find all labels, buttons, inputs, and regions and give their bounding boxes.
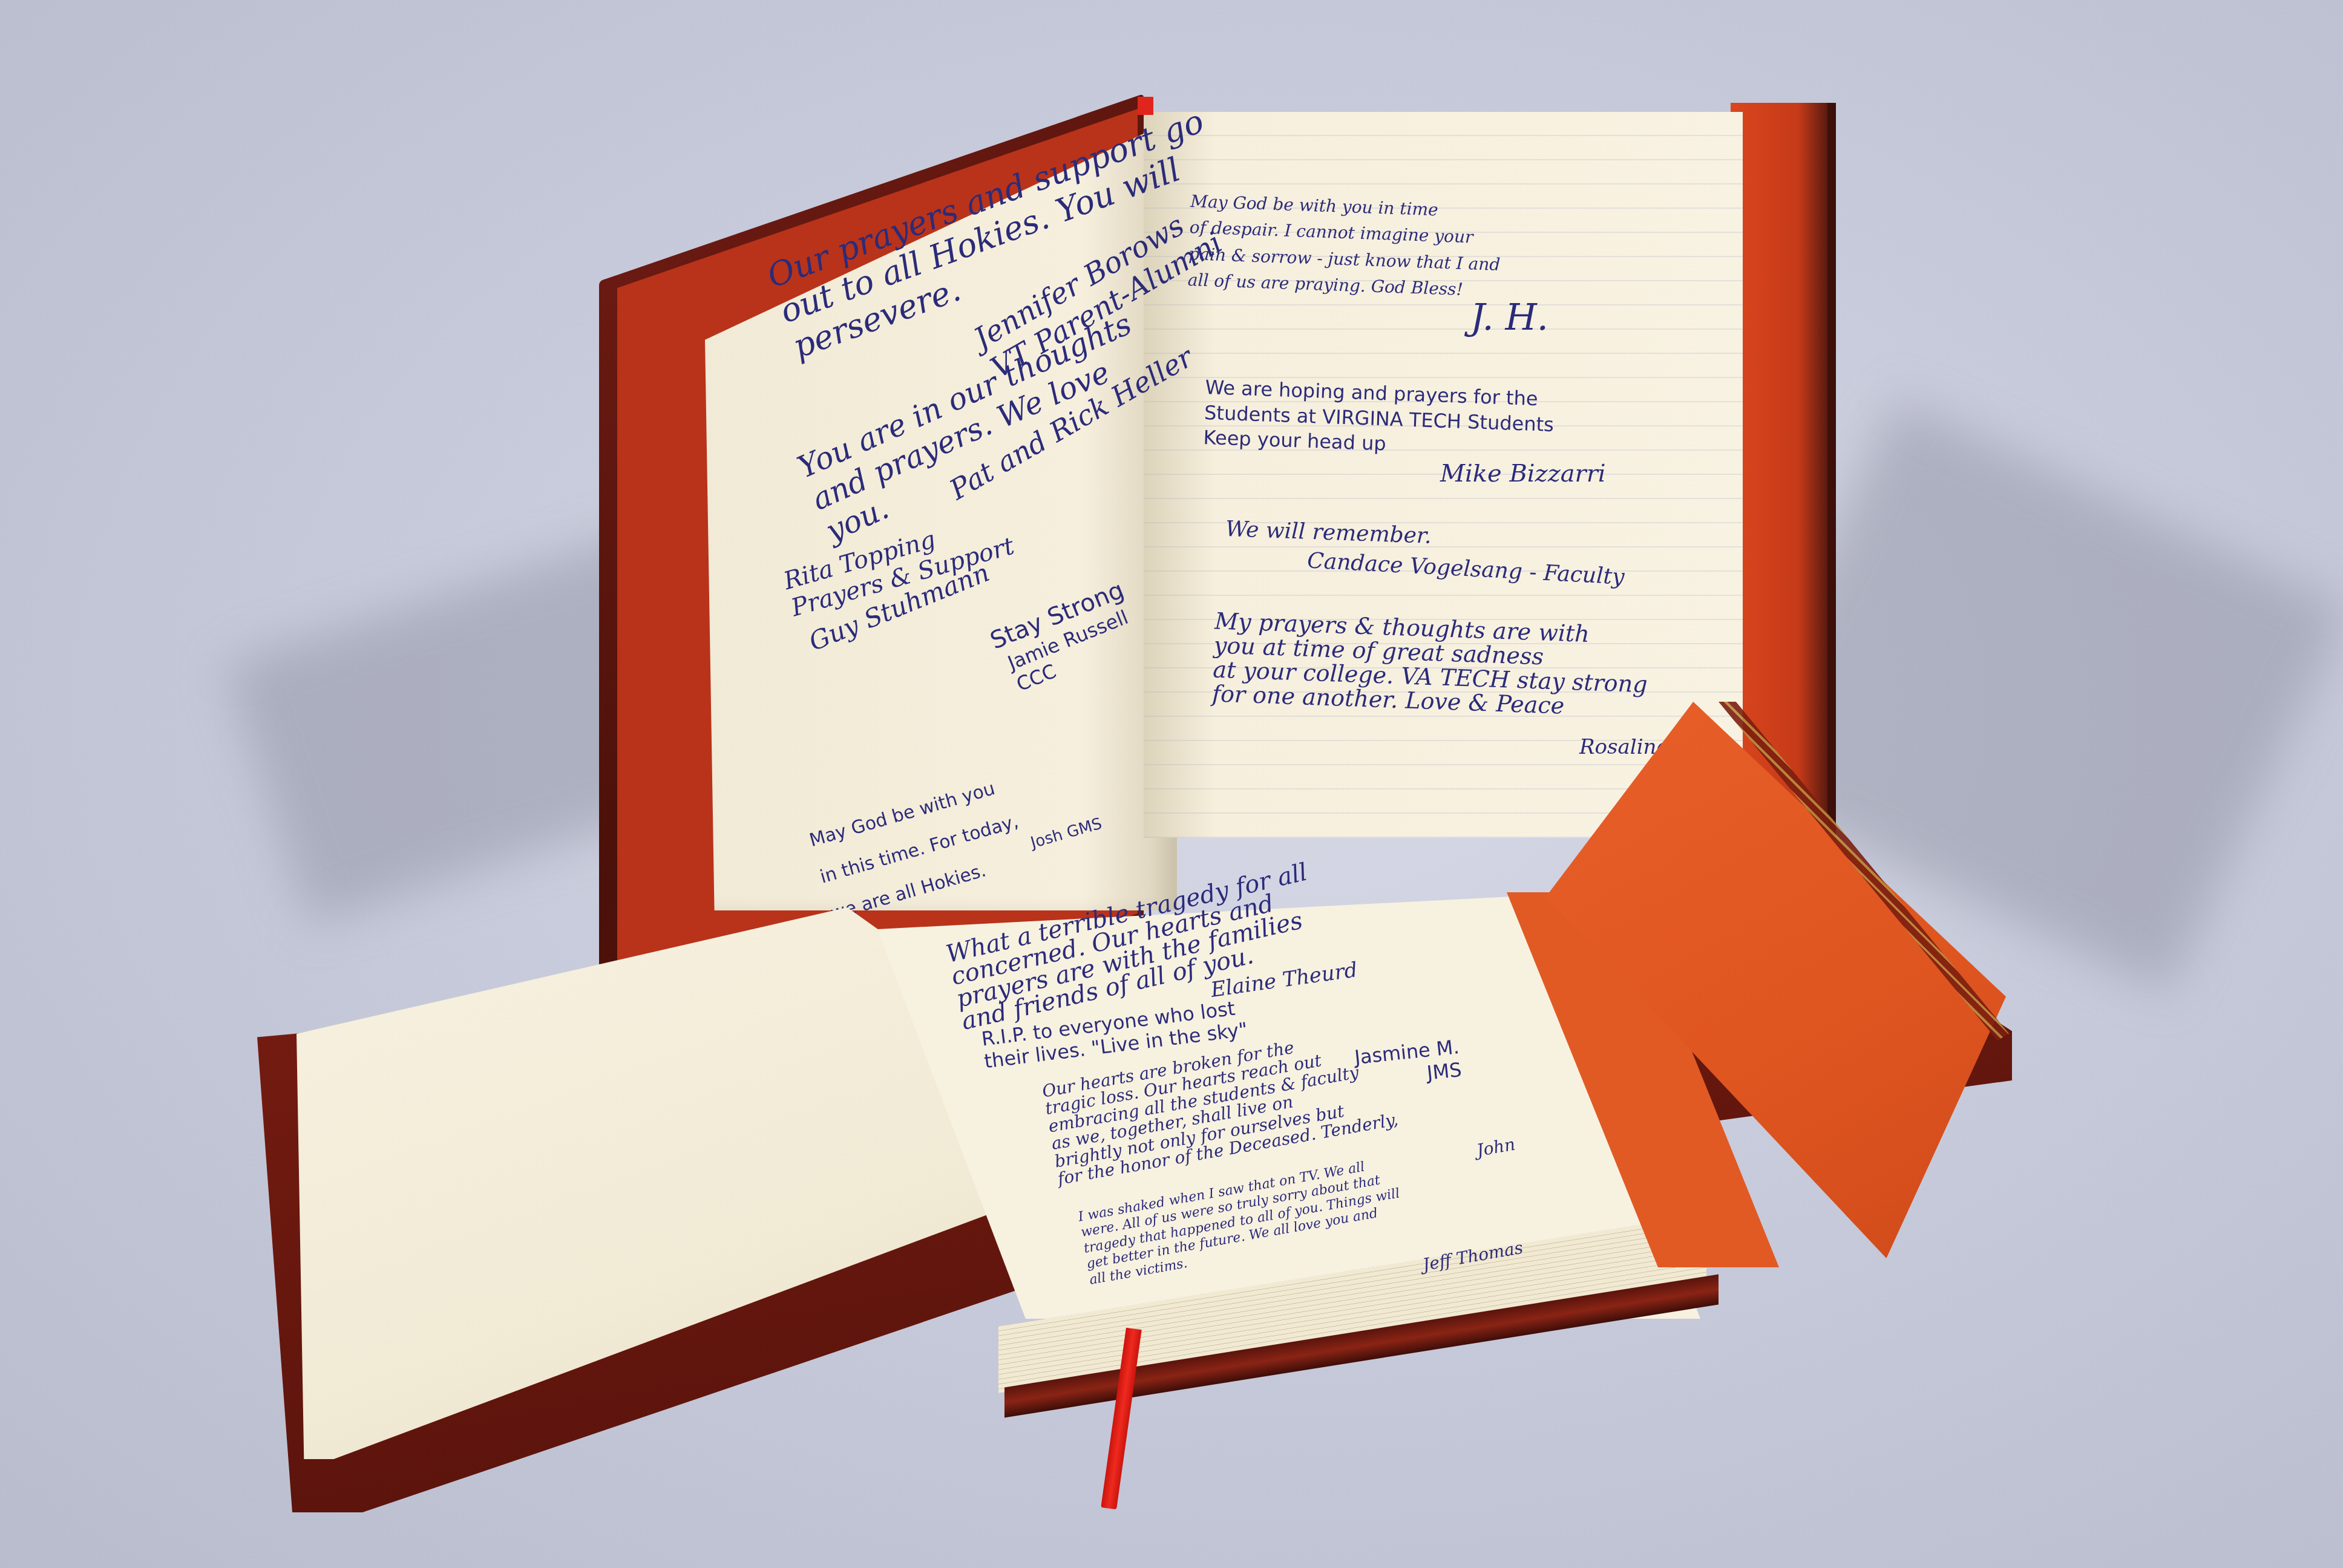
photo-scene: Our prayers and support go out to all Ho… [0,0,2343,1568]
entry-signature: Mike Bizzarri [1440,460,1606,488]
back-book-bookmark-ribbon [1138,97,1153,115]
entry-signature: J. H. [1470,296,1548,339]
entry-text: My prayers & thoughts are with you at ti… [1211,610,1649,722]
entry-text: May God be with you in time of despair. … [1187,188,1502,304]
entry-text: We are hoping and prayers for the Studen… [1203,375,1555,463]
